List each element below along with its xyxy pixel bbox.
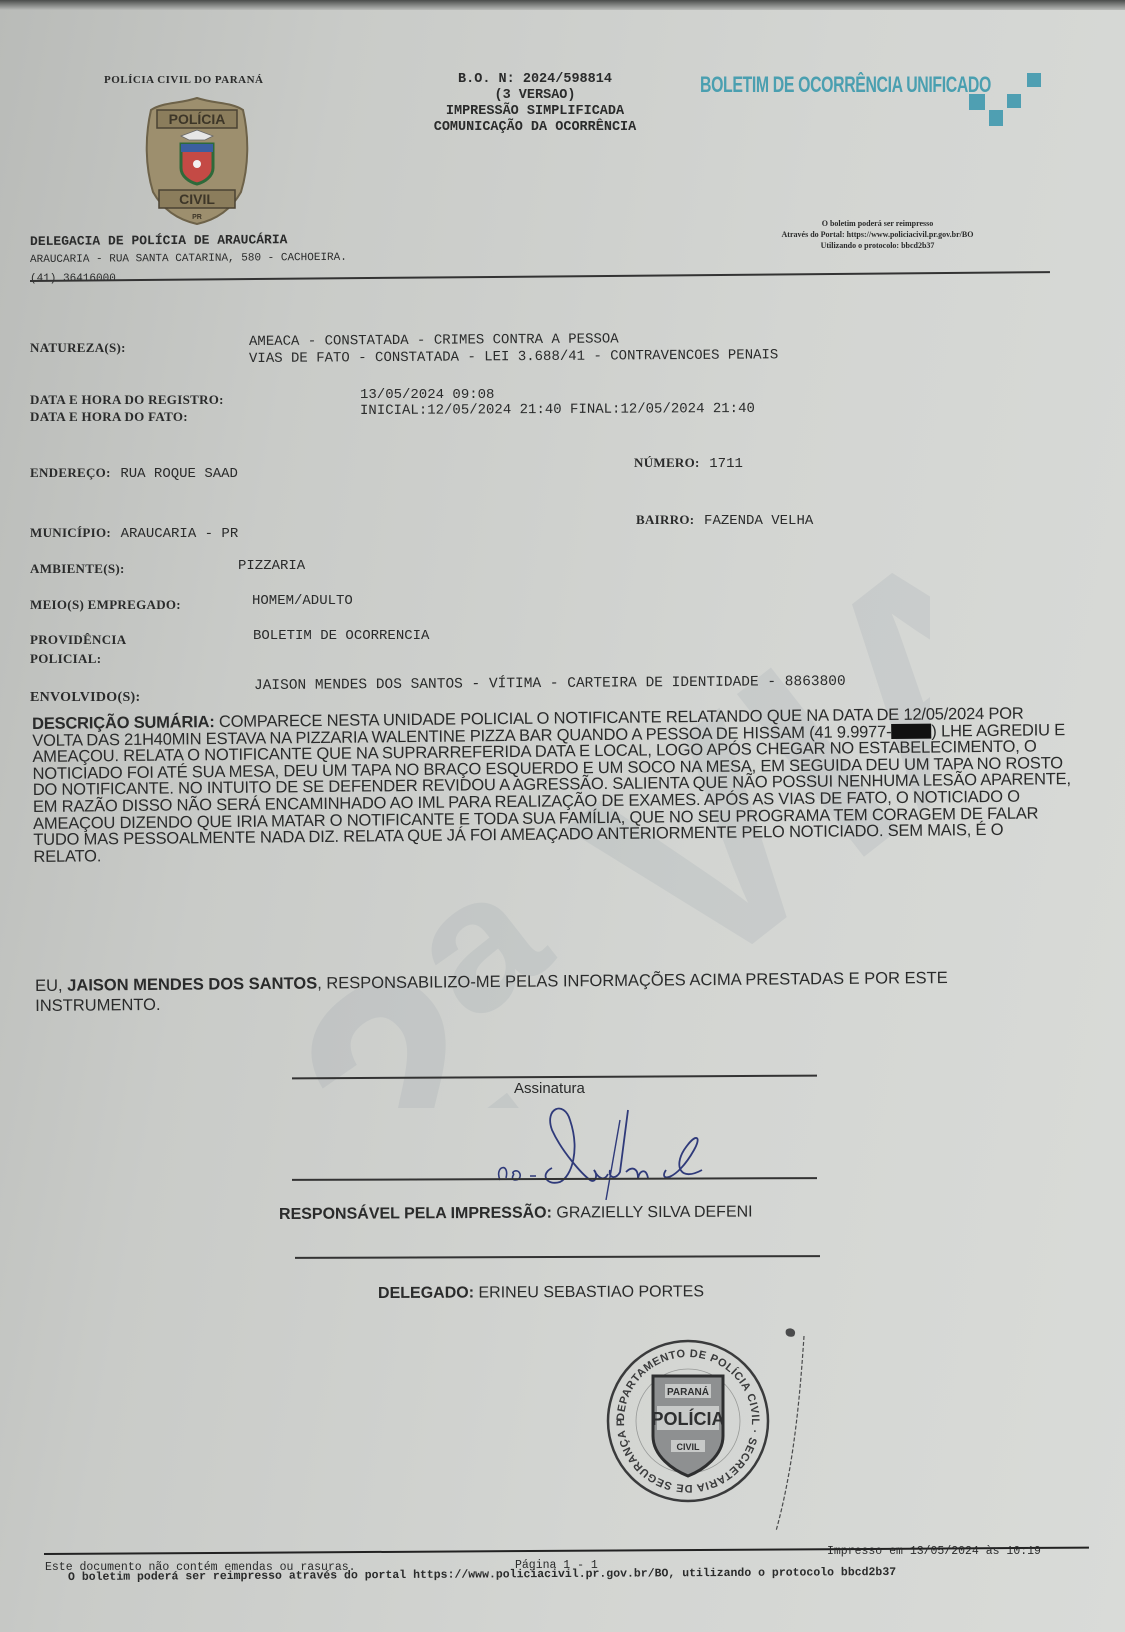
municipio-field: MUNICÍPIO: ARAUCARIA - PR — [30, 524, 238, 542]
fato-value: INICIAL:12/05/2024 21:40 FINAL:12/05/202… — [360, 401, 755, 419]
svg-text:POLÍCIA: POLÍCIA — [169, 111, 226, 127]
reprint-notice: O boletim poderá ser reimpresso Através … — [705, 218, 1050, 251]
delegado: DELEGADO: ERINEU SEBASTIAO PORTES — [378, 1283, 704, 1303]
fato-label: DATA E HORA DO FATO: — [30, 409, 188, 425]
registro-value: 13/05/2024 09:08 — [360, 387, 494, 403]
ambiente-value: PIZZARIA — [238, 558, 305, 574]
svg-text:PR: PR — [192, 214, 202, 221]
providencia-label-2: POLICIAL: — [30, 651, 101, 667]
bo-version: (3 VERSAO) — [390, 88, 680, 104]
providencia-label-1: PROVIDÊNCIA — [30, 632, 126, 648]
declaration-text: EU, JAISON MENDES DOS SANTOS, RESPONSABI… — [35, 967, 1035, 1016]
handwritten-signature — [470, 1090, 730, 1200]
meio-label: MEIO(S) EMPREGADO: — [30, 597, 181, 613]
bo-number: B.O. N: 2024/598814 — [390, 72, 680, 88]
stamp-pen-mark — [760, 1326, 820, 1536]
natureza-value-1: AMEACA - CONSTATADA - CRIMES CONTRA A PE… — [249, 331, 619, 350]
delegacia-name: DELEGACIA DE POLÍCIA DE ARAUCÁRIA — [30, 232, 288, 249]
responsavel-impressao: RESPONSÁVEL PELA IMPRESSÃO: GRAZIELLY SI… — [279, 1204, 753, 1224]
delegacia-address: ARAUCARIA - RUA SANTA CATARINA, 580 - CA… — [30, 252, 347, 266]
svg-text:CIVIL: CIVIL — [676, 1442, 700, 1452]
bairro-field: BAIRRO: FAZENDA VELHA — [636, 511, 813, 529]
endereco-field: ENDEREÇO: RUA ROQUE SAAD — [30, 464, 238, 482]
svg-text:PARANÁ: PARANÁ — [667, 1385, 709, 1398]
police-badge-logo: POLÍCIA CIVIL PR — [145, 96, 249, 226]
document-type: COMUNICAÇÃO DA OCORRÊNCIA — [390, 120, 680, 136]
signature-line — [292, 1075, 817, 1079]
svg-text:CIVIL: CIVIL — [179, 191, 215, 207]
envolvidos-label: ENVOLVIDO(S): — [30, 690, 140, 706]
providencia-value: BOLETIM DE OCORRENCIA — [253, 628, 429, 644]
natureza-value-2: VIAS DE FATO - CONSTATADA - LEI 3.688/41… — [249, 347, 778, 367]
police-department-stamp: DEPARTAMENTO DE POLÍCIA CIVIL · SECRETAR… — [603, 1336, 773, 1506]
delegado-signature-line — [295, 1255, 820, 1258]
meio-value: HOMEM/ADULTO — [252, 593, 353, 609]
bo-header-block: B.O. N: 2024/598814 (3 VERSAO) IMPRESSÃO… — [390, 72, 680, 136]
natureza-label: NATUREZA(S): — [30, 340, 126, 356]
print-type: IMPRESSÃO SIMPLIFICADA — [390, 104, 680, 120]
header-divider — [30, 271, 1050, 282]
numero-field: NÚMERO: 1711 — [634, 454, 743, 472]
descricao-sumaria: DESCRIÇÃO SUMÁRIA: COMPARECE NESTA UNIDA… — [32, 705, 1074, 865]
envolvidos-value: JAISON MENDES DOS SANTOS - VÍTIMA - CART… — [254, 674, 846, 694]
redacted-phone-block — [891, 723, 931, 738]
footer-printed-at: Impresso em 13/05/2024 às 10:19 — [827, 1545, 1041, 1558]
svg-text:POLÍCIA: POLÍCIA — [651, 1408, 724, 1429]
bo-unificado-brand-title: BOLETIM DE OCORRÊNCIA UNIFICADO — [700, 72, 991, 98]
police-report-page: 2ª VIA POLÍCIA CIVIL DO PARANÁ POLÍCIA C… — [0, 8, 1125, 1632]
registro-label: DATA E HORA DO REGISTRO: — [30, 392, 224, 408]
ambiente-label: AMBIENTE(S): — [30, 561, 125, 577]
organization-name: POLÍCIA CIVIL DO PARANÁ — [104, 74, 264, 86]
